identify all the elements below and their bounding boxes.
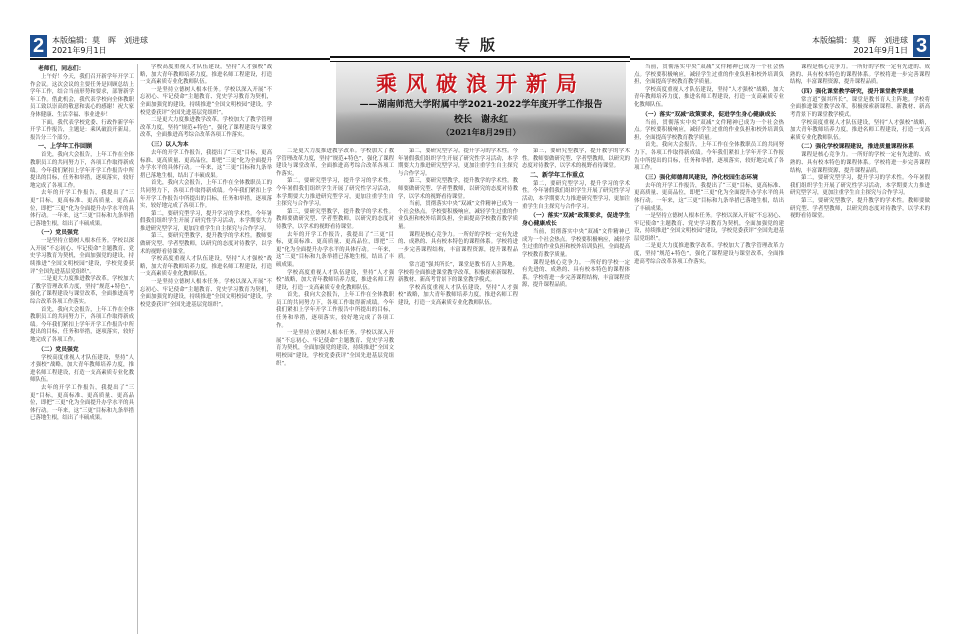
paragraph: 课程是核心竞争力。一所好的学校一定有先进的、成熟的、具有校本特色的课程体系。学校… bbox=[790, 64, 930, 87]
subsection-heading: （三）强化师德师风建设，净化校园生态环境 bbox=[634, 174, 784, 182]
article-column-2: 学校高度重视人才队伍建设，坚持“人才强校”战略，加大青年教师培养力度，推进名师工… bbox=[140, 64, 272, 634]
subsection-heading: （一）党员强党 bbox=[30, 229, 134, 237]
article-column-7: 课程是核心竞争力。一所好的学校一定有先进的、成熟的、具有校本特色的课程体系。学校… bbox=[790, 64, 930, 634]
paragraph: 常言道“强其所长”，课堂是教书育人主阵地。学校将全面推进课堂教学改革，积极探索新… bbox=[398, 262, 518, 285]
paragraph: 去年的开学工作报告，我提出了“三更”目标，更高标准、更高质量、更高品位，即把“三… bbox=[140, 150, 272, 180]
paragraph: 第二，要研究型学习，提升学习的学术性。今年暑假我们组织学生开展了研究性学习活动，… bbox=[790, 175, 930, 198]
paragraph: 当前，贯彻落实中央“双减”文件精神已成为一个社会热点。学校要积极响应，减轻学生过… bbox=[522, 229, 630, 259]
paragraph: 二是更大力度推进教学改革。学校加大了教学管理改革力度，坚持“规范+特色”，强化了… bbox=[276, 148, 394, 178]
article-column-3: 二是更大力度推进教学改革。学校加大了教学管理改革力度，坚持“规范+特色”，强化了… bbox=[276, 148, 394, 634]
subsection-heading: （二）党员强党 bbox=[30, 346, 134, 354]
paragraph: 当前，贯彻落实中央“双减”文件精神已成为一个社会热点。学校要积极响应，减轻学生过… bbox=[634, 64, 784, 87]
paragraph: 第二，要研究型学习，提升学习的学术性。今年暑假我们组织学生开展了研究性学习活动，… bbox=[398, 148, 518, 178]
paragraph: 第三，要研究型教学，提升教学的学术性。教师要做研究型、学者型教师，以研究的态度对… bbox=[790, 198, 930, 221]
paragraph: 学校高度重视人才队伍建设，坚持“人才强校”战略，加大青年教师培养力度，推进名师工… bbox=[140, 64, 272, 87]
paragraph: 首先，我向大会报告，上年工作在全体教职员工的共同努力下，各项工作取得新成绩。今年… bbox=[276, 292, 394, 330]
paragraph: 常言道“强其所长”，课堂是教书育人主阵地。学校将全面推进课堂教学改革，积极探索新… bbox=[790, 97, 930, 120]
paragraph: 学校高度重视人才队伍建设，坚持“人才强校”战略，加大青年教师培养力度，推进名师工… bbox=[790, 120, 930, 143]
page-header-right: 3 本版编辑：莫 晖 刘进球 2021年9月1日 bbox=[807, 35, 930, 57]
paragraph: 第二，要研究型学习，提升学习的学术性。今年暑假我们组织学生开展了研究性学习活动，… bbox=[522, 181, 630, 211]
section-title: 专版 bbox=[330, 34, 630, 55]
paragraph: 当前，贯彻落实中央“双减”文件精神已成为一个社会热点。学校要积极响应，减轻学生过… bbox=[398, 201, 518, 231]
paragraph: 学校高度重视人才队伍建设，坚持“人才强校”战略，加大青年教师培养力度，推进名师工… bbox=[140, 256, 272, 279]
paragraph: 一是坚持立德树人根本任务。学校以深入开展“不忘初心、牢记使命”主题教育、党史学习… bbox=[140, 279, 272, 309]
header-meta: 本版编辑：莫 晖 刘进球 2021年9月1日 bbox=[812, 36, 908, 56]
page-number-badge: 3 bbox=[913, 35, 930, 57]
issue-date: 2021年9月1日 bbox=[812, 46, 908, 56]
paragraph: 当前，贯彻落实中央“双减”文件精神已成为一个社会热点。学校要积极响应，减轻学生过… bbox=[634, 120, 784, 143]
header-rule bbox=[630, 58, 930, 60]
paragraph: 一是坚持立德树人根本任务。学校以深入开展“不忘初心、牢记使命”主题教育、党史学习… bbox=[276, 330, 394, 368]
paragraph: 下面，我代表学校党委、行政作新学年开学工作报告，主题是：乘风破浪开新局。报告分三… bbox=[30, 120, 134, 143]
subsection-heading: （四）强化课堂教学研究，提升课堂教学质量 bbox=[790, 88, 930, 96]
paragraph: 第三，要研究型教学，提升教学的学术性。教师要做研究型、学者型教师，以研究的态度对… bbox=[276, 209, 394, 232]
article-column-6: 当前，贯彻落实中央“双减”文件精神已成为一个社会热点。学校要积极响应，减轻学生过… bbox=[634, 64, 784, 634]
paragraph: 一是坚持立德树人根本任务。学校以深入开展“不忘初心、牢记使命”主题教育、党史学习… bbox=[30, 238, 134, 276]
headline-author: 校长 谢永红 bbox=[336, 112, 626, 125]
paragraph: 去年的开学工作报告，我提出了“三更”目标，更高标准、更高质量、更高品位，即把“三… bbox=[30, 190, 134, 228]
paragraph: 一是坚持立德树人根本任务。学校以深入开展“不忘初心、牢记使命”主题教育、党史学习… bbox=[140, 87, 272, 117]
salutation: 老师们，同志们： bbox=[30, 65, 134, 73]
section-heading: 一、上学年工作回顾 bbox=[30, 143, 134, 151]
paragraph: 学校高度重视人才队伍建设，坚持“人才强校”战略，加大青年教师培养力度，推进名师工… bbox=[634, 87, 784, 110]
column-divider bbox=[137, 64, 138, 634]
paragraph: 首先，我向大会报告，上年工作在全体教职员工的共同努力下，各项工作取得新成绩。今年… bbox=[634, 142, 784, 172]
paragraph: 学校高度重视人才队伍建设，坚持“人才强校”战略，加大青年教师培养力度，推进名师工… bbox=[398, 285, 518, 308]
subsection-heading: （二）强化学校课程建设，推进质量课程体系 bbox=[790, 143, 930, 151]
headline-banner: 乘风破浪开新局 ——湖南师范大学附属中学2021-2022学年度开学工作报告 校… bbox=[336, 62, 626, 144]
subsection-heading: （三）以人为本 bbox=[140, 141, 272, 149]
article-column-5: 第三，要研究型教学，提升教学的学术性。教师要做研究型、学者型教师，以研究的态度对… bbox=[522, 148, 630, 634]
article-column-4: 第二，要研究型学习，提升学习的学术性。今年暑假我们组织学生开展了研究性学习活动，… bbox=[398, 148, 518, 634]
subsection-heading: （一）落实“双减”政策要求，促进学生身心健康成长 bbox=[522, 212, 630, 228]
paragraph: 去年的开学工作报告，我提出了“三更”目标，更高标准、更高质量、更高品位，即把“三… bbox=[634, 183, 784, 213]
paragraph: 第二，要研究型学习，提升学习的学术性。今年暑假我们组织学生开展了研究性学习活动，… bbox=[140, 211, 272, 234]
paragraph: 课程是核心竞争力。一所好的学校一定有先进的、成熟的、具有校本特色的课程体系。学校… bbox=[522, 260, 630, 290]
editors-line: 本版编辑：莫 晖 刘进球 bbox=[52, 36, 148, 46]
paragraph: 二是更大力度推进教学改革。学校加大了教学管理改革力度，坚持“规范+特色”，强化了… bbox=[30, 276, 134, 306]
paragraph: 二是更大力度推进教学改革。学校加大了教学管理改革力度，坚持“规范+特色”，强化了… bbox=[634, 243, 784, 266]
page-header-left: 2 本版编辑：莫 晖 刘进球 2021年9月1日 bbox=[30, 35, 153, 57]
paragraph: 学校高度重视人才队伍建设，坚持“人才强校”战略，加大青年教师培养力度，推进名师工… bbox=[276, 270, 394, 293]
header-meta: 本版编辑：莫 晖 刘进球 2021年9月1日 bbox=[52, 36, 148, 56]
paragraph: 上午好！今天，我们召开新学年开学工作会议。这次会议的主要任务是回顾总结上学年工作… bbox=[30, 74, 134, 120]
paragraph: 首先，我向大会报告，上年工作在全体教职员工的共同努力下，各项工作取得新成绩。今年… bbox=[140, 180, 272, 210]
paragraph: 第三，要研究型教学，提升教学的学术性。教师要做研究型、学者型教师，以研究的态度对… bbox=[398, 178, 518, 201]
paragraph: 课程是核心竞争力。一所好的学校一定有先进的、成熟的、具有校本特色的课程体系。学校… bbox=[790, 152, 930, 175]
paragraph: 首先，我向大会报告，上年工作在全体教职员工的共同努力下，各项工作取得新成绩。今年… bbox=[30, 307, 134, 345]
paragraph: 一是坚持立德树人根本任务。学校以深入开展“不忘初心、牢记使命”主题教育、党史学习… bbox=[634, 213, 784, 243]
headline-date: （2021年8月29日） bbox=[336, 127, 626, 138]
header-rule bbox=[30, 58, 330, 60]
subsection-heading: （一）落实“双减”政策要求，促进学生身心健康成长 bbox=[634, 111, 784, 119]
paragraph: 课程是核心竞争力。一所好的学校一定有先进的、成熟的、具有校本特色的课程体系。学校… bbox=[398, 232, 518, 262]
paragraph: 去年的开学工作报告，我提出了“三更”目标，更高标准、更高质量、更高品位，即把“三… bbox=[30, 385, 134, 423]
paragraph: 第二，要研究型学习，提升学习的学术性。今年暑假我们组织学生开展了研究性学习活动，… bbox=[276, 178, 394, 208]
article-column-1: 老师们，同志们： 上午好！今天，我们召开新学年开学工作会议。这次会议的主要任务是… bbox=[30, 64, 134, 634]
paragraph: 学校高度重视人才队伍建设，坚持“人才强校”战略，加大青年教师培养力度，推进名师工… bbox=[30, 355, 134, 385]
paragraph: 第三，要研究型教学，提升教学的学术性。教师要做研究型、学者型教师，以研究的态度对… bbox=[140, 233, 272, 256]
page-number-badge: 2 bbox=[30, 35, 47, 57]
issue-date: 2021年9月1日 bbox=[52, 46, 148, 56]
paragraph: 第三，要研究型教学，提升教学的学术性。教师要做研究型、学者型教师，以研究的态度对… bbox=[522, 148, 630, 171]
paragraph: 首先，我向大会报告，上年工作在全体教职员工的共同努力下，各项工作取得新成绩。今年… bbox=[30, 152, 134, 190]
paragraph: 二是更大力度推进教学改革。学校加大了教学管理改革力度，坚持“规范+特色”，强化了… bbox=[140, 117, 272, 140]
section-heading: 二、新学年工作重点 bbox=[522, 172, 630, 180]
editors-line: 本版编辑：莫 晖 刘进球 bbox=[812, 36, 908, 46]
headline-subtitle: ——湖南师范大学附属中学2021-2022学年度开学工作报告 bbox=[336, 97, 626, 110]
headline-title: 乘风破浪开新局 bbox=[336, 68, 626, 98]
paragraph: 去年的开学工作报告，我提出了“三更”目标，更高标准、更高质量、更高品位，即把“三… bbox=[276, 232, 394, 270]
